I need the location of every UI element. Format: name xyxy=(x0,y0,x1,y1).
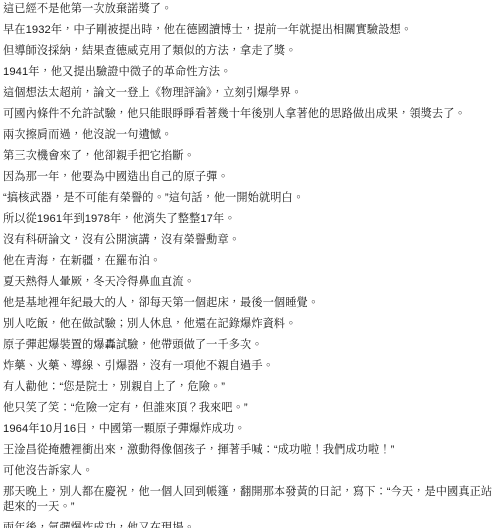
paragraph: 他是基地裡年紀最大的人，卻每天第一個起床，最後一個睡覺。 xyxy=(3,296,502,311)
paragraph: 兩次擦肩而過，他沒說一句遺憾。 xyxy=(3,128,502,143)
page: { "page": { "background_color": "#ffffff… xyxy=(0,0,504,528)
paragraph: 他只笑了笑：“危險一定有，但誰來頂？我來吧。” xyxy=(3,401,502,416)
paragraph: 有人勸他：“您是院士，別親自上了，危險。” xyxy=(3,380,502,395)
paragraph: 王淦昌從掩體裡衝出來，激動得像個孩子，揮著手喊：“成功啦！我們成功啦！” xyxy=(3,443,502,458)
paragraph: 但導師沒採納，結果查德威克用了類似的方法，拿走了獎。 xyxy=(3,44,502,59)
paragraph: 這已經不是他第一次放棄諾獎了。 xyxy=(3,2,502,17)
paragraph: 沒有科研論文，沒有公開演講，沒有榮譽勳章。 xyxy=(3,233,502,248)
paragraph: 1941年，他又提出驗證中微子的革命性方法。 xyxy=(3,65,502,80)
paragraph: 炸藥、火藥、導線、引爆器，沒有一項他不親自過手。 xyxy=(3,359,502,374)
paragraph: 1964年10月16日，中國第一顆原子彈爆炸成功。 xyxy=(3,422,502,437)
paragraph: 這個想法太超前，論文一登上《物理評論》，立刻引爆學界。 xyxy=(3,86,502,101)
paragraph: 所以從1961年到1978年，他消失了整整17年。 xyxy=(3,212,502,227)
paragraph: 原子彈起爆裝置的爆轟試驗，他帶頭做了一千多次。 xyxy=(3,338,502,353)
paragraph: 可國內條件不允許試驗，他只能眼睜睜看著幾十年後別人拿著他的思路做出成果，領獎去了… xyxy=(3,107,502,122)
paragraph: 別人吃飯，他在做試驗；別人休息，他還在記錄爆炸資料。 xyxy=(3,317,502,332)
paragraph: 早在1932年，中子剛被提出時，他在德國讀博士，提前一年就提出相關實驗設想。 xyxy=(3,23,502,38)
paragraph: 可他沒告訴家人。 xyxy=(3,464,502,479)
paragraph: 因為那一年，他要為中國造出自己的原子彈。 xyxy=(3,170,502,185)
article-text: 這已經不是他第一次放棄諾獎了。 早在1932年，中子剛被提出時，他在德國讀博士，… xyxy=(0,0,504,528)
paragraph: 夏天熱得人暈厥，冬天冷得鼻血直流。 xyxy=(3,275,502,290)
paragraph: 他在青海，在新疆，在羅布泊。 xyxy=(3,254,502,269)
paragraph: 兩年後，氫彈爆炸成功，他又在現場。 xyxy=(3,521,502,528)
paragraph: “搞核武器，是不可能有榮譽的。”這句話，他一開始就明白。 xyxy=(3,191,502,206)
paragraph: 那天晚上，別人都在慶祝，他一個人回到帳篷，翻開那本發黃的日記，寫下：“今天，是中… xyxy=(3,485,502,515)
paragraph: 第三次機會來了，他卻親手把它掐斷。 xyxy=(3,149,502,164)
